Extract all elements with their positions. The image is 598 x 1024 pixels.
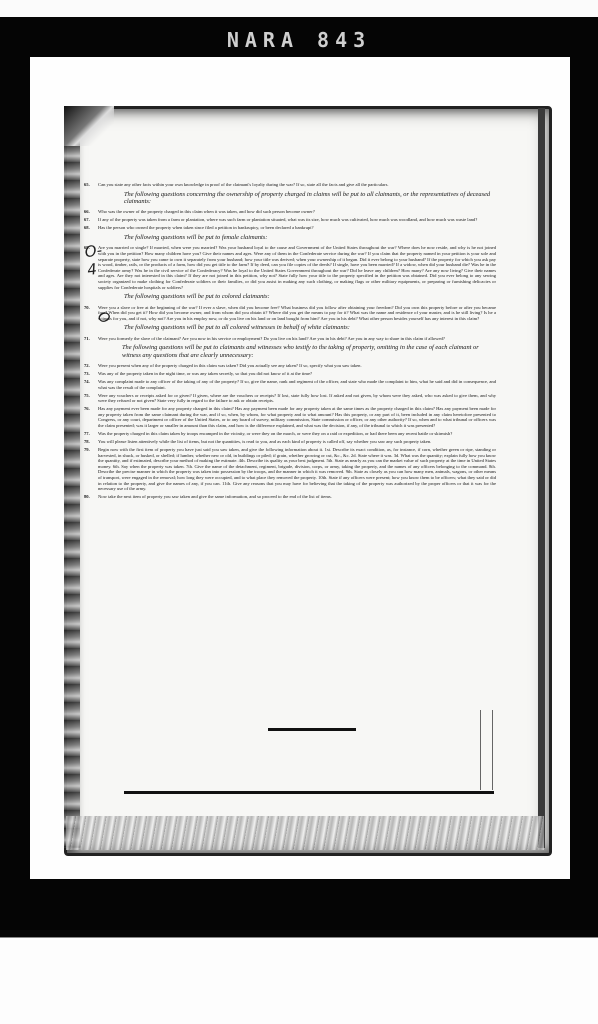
folded-corner [64,106,114,146]
question-item: 77. Was the property charged in this cla… [84,431,496,437]
bottom-rule [124,791,494,794]
bleed-through-mark [492,710,493,790]
question-number: 72. [84,363,98,369]
question-text: Was any of the property taken in the nig… [98,371,496,377]
question-item: 75. Were any vouchers or receipts asked … [84,393,496,404]
question-item: 70. Were you a slave or free at the begi… [84,305,496,322]
bleed-through-mark [480,710,481,790]
question-text: Has the person who owned the property wh… [98,225,496,231]
viewer-bottom-margin [0,937,598,1024]
question-text: Were you a slave or free at the beginnin… [98,305,496,322]
question-text: Was the property charged in this claim t… [98,431,496,437]
question-text: Were you formerly the slave of the claim… [98,336,496,342]
question-number: 76. [84,406,98,428]
question-text: Were any vouchers or receipts asked for … [98,393,496,404]
question-item: 74. Was any complaint made to any office… [84,379,496,390]
question-text: Was any complaint made to any officer of… [98,379,496,390]
question-text: If any of the property was taken from a … [98,217,496,223]
question-number: 79. [84,447,98,492]
question-item: 72. Were you present when any of the pro… [84,363,496,369]
question-number: 67. [84,217,98,223]
question-number: 68. [84,225,98,231]
question-number: 66. [84,209,98,215]
question-item: 79. Begin now with the first item of pro… [84,447,496,492]
page-edge-left [64,108,80,848]
question-number: 80. [84,494,98,500]
question-item: 76. Has any payment ever been made for a… [84,406,496,428]
question-text: You will please listen attentively while… [98,439,496,445]
viewer-top-margin [0,0,598,17]
question-item: 78. You will please listen attentively w… [84,439,496,445]
question-text: Has any payment ever been made for any p… [98,406,496,428]
question-item: 68. Has the person who owned the propert… [84,225,496,231]
question-item: 67. If any of the property was taken fro… [84,217,496,223]
reel-label: NARA 843 [0,28,598,52]
question-text: Who was the owner of the property charge… [98,209,496,215]
question-number: 70. [84,305,98,322]
question-item: 71. Were you formerly the slave of the c… [84,336,496,342]
document-body: 65. Can you state any other facts within… [84,182,496,502]
page-edge-bottom [66,816,544,850]
question-item: 66. Who was the owner of the property ch… [84,209,496,215]
section-heading-female: The following questions will be put to f… [124,234,496,241]
question-text: Can you state any other facts within you… [98,182,496,188]
question-item: 80. Now take the next item of property y… [84,494,496,500]
question-text: Are you married or single? If married, w… [98,245,496,290]
divider-rule [268,728,356,731]
question-item: 65. Can you state any other facts within… [84,182,496,188]
question-number: 69. [84,245,98,290]
question-number: 65. [84,182,98,188]
question-item: 69. Are you married or single? If marrie… [84,245,496,290]
question-number: 77. [84,431,98,437]
section-heading-taking: The following questions will be put to c… [122,344,496,359]
question-number: 73. [84,371,98,377]
question-item: 73. Was any of the property taken in the… [84,371,496,377]
section-heading-ownership: The following questions concerning the o… [124,191,496,206]
question-text: Now take the next item of property you s… [98,494,496,500]
section-heading-colored: The following questions will be put to c… [124,293,496,300]
section-heading-colored-witnesses: The following questions will be put to a… [124,324,496,331]
question-text: Were you present when any of the propert… [98,363,496,369]
question-number: 74. [84,379,98,390]
question-number: 75. [84,393,98,404]
page-edge-right [538,108,545,848]
question-number: 71. [84,336,98,342]
question-text: Begin now with the first item of propert… [98,447,496,492]
question-number: 78. [84,439,98,445]
